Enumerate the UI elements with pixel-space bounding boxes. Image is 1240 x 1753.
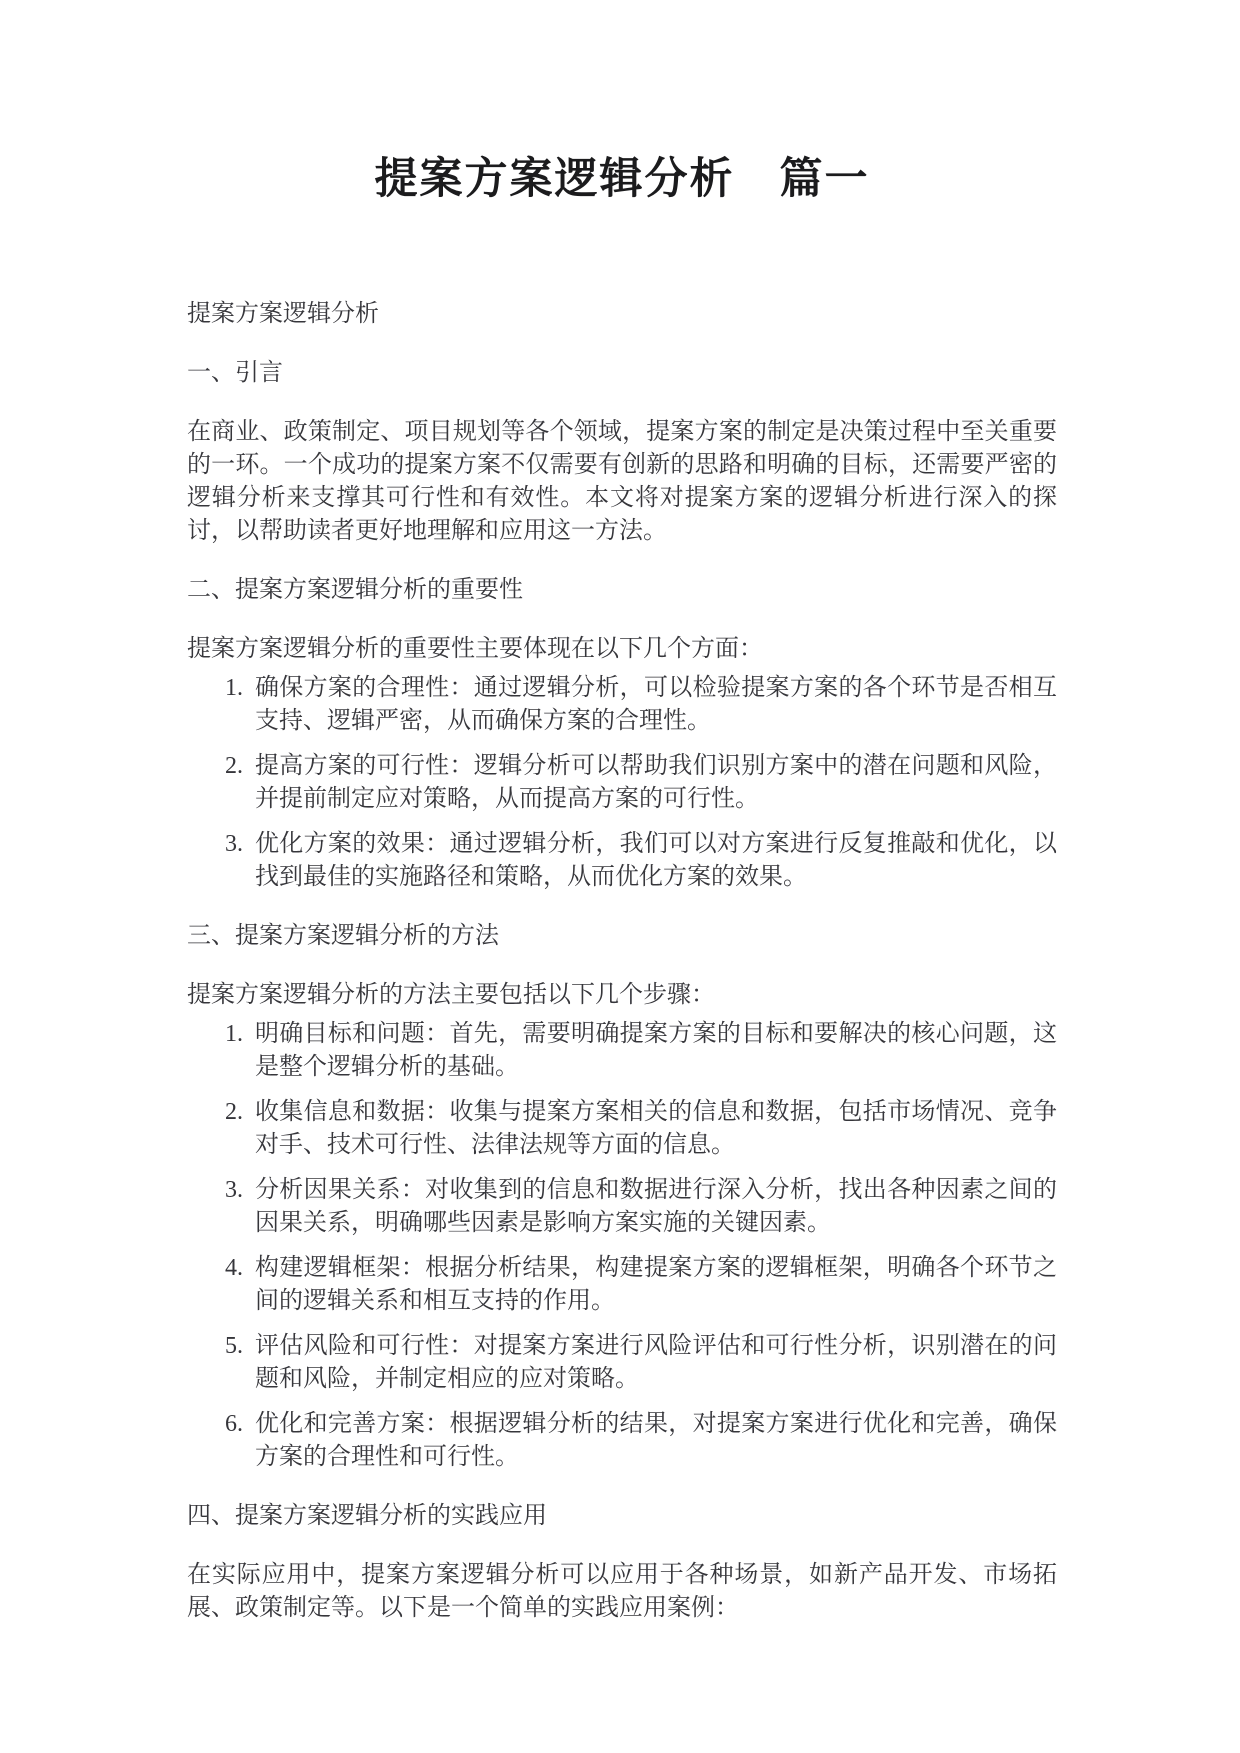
section-1-paragraph: 在商业、政策制定、项目规划等各个领域，提案方案的制定是决策过程中至关重要的一环。… [187,416,1057,548]
list-item: 收集信息和数据：收集与提案方案相关的信息和数据，包括市场情况、竞争对手、技术可行… [249,1096,1057,1162]
document-subtitle: 提案方案逻辑分析 [187,298,1057,331]
list-item: 评估风险和可行性：对提案方案进行风险评估和可行性分析，识别潜在的问题和风险，并制… [249,1330,1057,1396]
list-item: 明确目标和问题：首先，需要明确提案方案的目标和要解决的核心问题，这是整个逻辑分析… [249,1018,1057,1084]
list-item: 确保方案的合理性：通过逻辑分析，可以检验提案方案的各个环节是否相互支持、逻辑严密… [249,672,1057,738]
section-4-heading: 四、提案方案逻辑分析的实践应用 [187,1500,1057,1533]
importance-list: 确保方案的合理性：通过逻辑分析，可以检验提案方案的各个环节是否相互支持、逻辑严密… [187,672,1057,894]
list-item: 构建逻辑框架：根据分析结果，构建提案方案的逻辑框架，明确各个环节之间的逻辑关系和… [249,1252,1057,1318]
section-2-intro: 提案方案逻辑分析的重要性主要体现在以下几个方面： [187,633,1057,666]
section-1-heading: 一、引言 [187,357,1057,390]
list-item: 分析因果关系：对收集到的信息和数据进行深入分析，找出各种因素之间的因果关系，明确… [249,1174,1057,1240]
section-3-heading: 三、提案方案逻辑分析的方法 [187,920,1057,953]
section-4-paragraph: 在实际应用中，提案方案逻辑分析可以应用于各种场景，如新产品开发、市场拓展、政策制… [187,1559,1057,1625]
list-item: 提高方案的可行性：逻辑分析可以帮助我们识别方案中的潜在问题和风险，并提前制定应对… [249,750,1057,816]
method-steps-list: 明确目标和问题：首先，需要明确提案方案的目标和要解决的核心问题，这是整个逻辑分析… [187,1018,1057,1474]
document-title: 提案方案逻辑分析 篇一 [187,150,1057,210]
section-3-intro: 提案方案逻辑分析的方法主要包括以下几个步骤： [187,979,1057,1012]
section-2-heading: 二、提案方案逻辑分析的重要性 [187,574,1057,607]
document-page: 提案方案逻辑分析 篇一 提案方案逻辑分析 一、引言 在商业、政策制定、项目规划等… [0,0,1240,1753]
list-item: 优化和完善方案：根据逻辑分析的结果，对提案方案进行优化和完善，确保方案的合理性和… [249,1408,1057,1474]
list-item: 优化方案的效果：通过逻辑分析，我们可以对方案进行反复推敲和优化，以找到最佳的实施… [249,828,1057,894]
